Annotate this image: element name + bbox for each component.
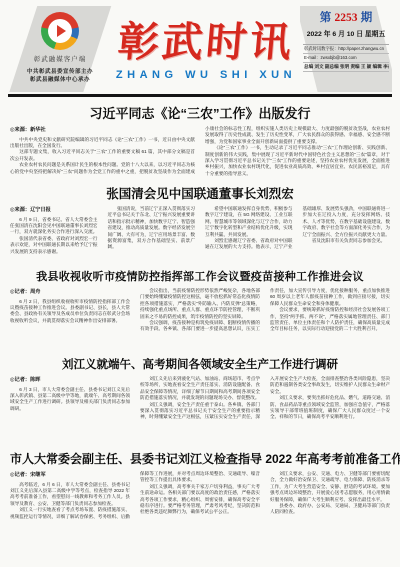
masthead-info-lines: 彰武时讯数字报：http://paper.zhangwu.cn E-mail：z… [303,44,389,72]
media-app-logo-icon [41,12,79,50]
article-paragraph: 会议要求，要统筹抓好疫情防控和经济社会发展各项工作，坚持“两手抓、两不误”，严格… [270,307,390,333]
play-icon [57,25,66,37]
logo-caption: 彰武融媒客户端 [34,54,87,63]
publication-date: 2022 年 6 月 10 日 星期五 [307,28,386,38]
issue-no: 2253 [335,12,358,24]
article-title: 市人大常委会副主任、县委书记刘江义检查指导 2022 年高考考前准备工作 [10,450,390,467]
article-title: 习近平同志《论“三农”工作》出版发行 [10,103,390,122]
issue-suffix: 期 [361,12,373,24]
article-byline: ◎记者：陈晖 [10,376,130,383]
article-paragraph: 这部专题文集，收入习近平同志关于“三农”工作的重要文稿 61 篇，其中部分文稿是… [10,149,195,162]
article-zhangguoqing-unicom: 张国清会见中国联通董事长刘烈宏 ◎来源：辽宁日报 6 月 9 日，省委书记、省人… [10,184,390,262]
article-covid-meeting: 我县收视收听市疫情防控指挥部工作会议暨疫苗接种工作推进会议 ◎记者：周舟 6 月… [10,268,390,350]
organizer-line-1: 中共彰武县委宣传部主办 [27,69,93,77]
article-paragraph: 刘江义强调，高考事关千家万户切身利益，事关广大考生前途命运。各相关部门要以高度的… [140,484,260,516]
masthead-left-block: 彰武融媒客户端 中共彰武县委宣传部主办 彰武县融媒体中心承办 [8,6,112,92]
article-paragraph: 会议指出，当前疫情防控形势依然严峻复杂，各地各部门要始终绷紧疫情防控这根弦，毫不… [140,288,260,320]
article-body: ◎记者：周舟 6 月 2 日，我县组织收视收听市疫情防控指挥部工作会议暨疫苗接种… [10,288,390,350]
article-paragraph: 6 月 2 日，我县组织收视收听市疫情防控指挥部工作会议暨疫苗接种工作推进会议。… [10,299,130,325]
masthead-rule [8,94,392,97]
article-body: ◎来源：辽宁日报 6 月 9 日，省委书记、省人大常委会主任张国清在沈阳会见中国… [10,206,390,262]
article-byline: ◎记者：宋继军 [10,471,130,478]
article-title: 刘江义就端午、高考期间各领域安全生产工作进行调研 [10,356,390,372]
article-paragraph: 高考临近，6 月 6 日，市人大常委会副主任、县委书记刘江义先后深入县第二高级中… [10,482,130,508]
issue-number: 第 2253 期 [320,9,372,25]
article-title: 我县收视收听市疫情防控指挥部工作会议暨疫苗接种工作推进会议 [10,268,390,284]
paper-title: 彰武时讯 [116,20,296,64]
article-paragraph: 6 月 9 日，省委书记、省人大常委会主任张国清在沈阳会见中国联通董事长刘烈宏一… [10,217,98,236]
article-byline: ◎来源：新华社 [10,126,195,133]
article-safety-research: 刘江义就端午、高考期间各领域安全生产工作进行调研 ◎记者：陈晖 6 月 3 日，… [10,356,390,444]
article-paragraph: 省及沈阳市有关负责同志参加会见。 [303,238,391,244]
article-xi-sannong: 习近平同志《论“三农”工作》出版发行 ◎来源：新华社 中共中央党史和文献研究院编… [10,103,390,178]
article-byline: ◎来源：辽宁日报 [10,206,98,213]
masthead-right-block: 第 2253 期 2022 年 6 月 10 日 星期五 彰武时讯数字报：htt… [300,6,392,92]
article-paragraph: 张国清代表省委、省政府对刘烈宏一行表示欢迎，对中国联通长期以来给予辽宁振兴发展的… [10,236,98,255]
issue-prefix: 第 [320,12,332,24]
organizer-lines: 中共彰武县委宣传部主办 彰武县融媒体中心承办 [27,69,93,84]
digital-edition-line: 彰武时讯数字报：http://paper.zhangwu.cn [303,45,389,54]
masthead: 彰武融媒客户端 中共彰武县委宣传部主办 彰武县融媒体中心承办 彰武时讯 ZHAN… [0,0,400,92]
article-paragraph: 6 月 3 日，市人大常委会副主任、县委书记刘江义先后深入彰武镇、县第二高级中学… [10,387,130,413]
article-paragraph: 《论“三农”工作》一书，生动记录了习近平同志推动“三农”工作理论创新、实践创新、… [205,145,390,177]
article-body: ◎记者：陈晖 6 月 3 日，市人大常委会副主任、县委书记刘江义先后深入彰武镇、… [10,376,390,444]
logo-inner-circle [48,19,72,43]
article-body: ◎来源：新华社 中共中央党史和文献研究院编辑的习近平同志《论“三农”工作》一书，… [10,126,390,178]
article-paragraph: 张国清说，当前辽宁正深入贯彻落实习近平总书记关于东北、辽宁振兴发展重要讲话和指示… [108,206,196,251]
article-paragraph: 中共中央党史和文献研究院编辑的习近平同志《论“三农”工作》一书，近日由中央文献出… [10,137,195,150]
article-gaokao-inspection: 市人大常委会副主任、县委书记刘江义检查指导 2022 年高考考前准备工作 ◎记者… [10,450,390,543]
article-paragraph: 县委办、政府办、公安局、交通局、卫健局等部门负责人陪同检查。 [270,503,390,516]
newspaper-front-page: 彰武融媒客户端 中共彰武县委宣传部主办 彰武县融媒体中心承办 彰武时讯 ZHAN… [0,0,400,567]
email-line: E-mail：zwsxbjb@163.com [303,54,389,63]
article-paragraph: 刘江义先后来到液化气站、加油站、商场超市、考点学校等场所，实地查看安全生产责任落… [140,376,260,402]
paper-title-pinyin: ZHANG WU SHI XUN [116,69,296,81]
masthead-title-block: 彰武时讯 ZHANG WU SHI XUN [112,6,300,92]
article-body: ◎记者：宋继军 高考临近，6 月 6 日，市人大常委会副主任、县委书记刘江义先后… [10,471,390,543]
article-title: 张国清会见中国联通董事长刘烈宏 [10,184,390,202]
article-paragraph: 刘江义要求，公安、交通、电力、卫健等部门要密切配合，全力做好治安保卫、交通疏导、… [270,471,390,503]
organizer-line-2: 彰武县融媒体中心承办 [27,77,93,85]
article-paragraph: 希望中国联通发挥自身优势，积极参与数字辽宁建设，在 5G 网络建设、工业互联网、… [205,206,293,238]
article-paragraph: 刘江义要求，要突出抓好危化品、燃气、道路交通、消防、食品药品等重点领域安全监管，… [270,395,390,421]
staff-line: 总编 刘文 副总编 张明 责编 王 颖 编辑 李丹 [303,63,389,72]
article-byline: ◎记者：周舟 [10,288,130,295]
